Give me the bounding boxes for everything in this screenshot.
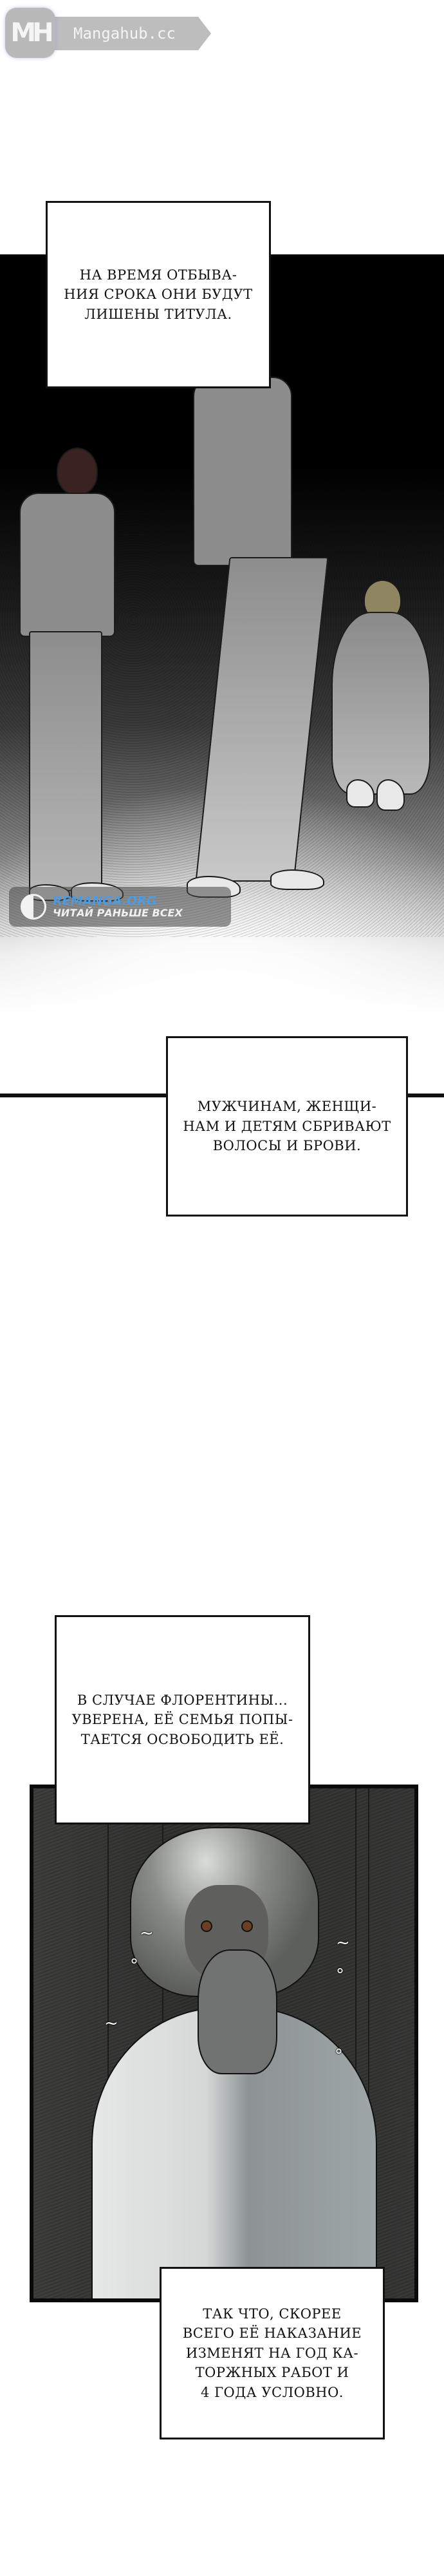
- shake-mark: ~: [104, 2014, 118, 2033]
- left-man-head: [57, 448, 98, 495]
- shake-mark: ~: [336, 1933, 350, 1953]
- girl-eye: [241, 1920, 253, 1932]
- left-man-torso: [19, 493, 115, 637]
- caption-box-3: В случае Флорентины... уверена, её семья…: [55, 1615, 310, 1824]
- mangahub-logo-icon: MH: [5, 8, 55, 58]
- caption-text-4: Так что, скорее всего её наказание измен…: [183, 2304, 362, 2402]
- crying-girl-panel: ~ ° ~ ° ~ °: [30, 1785, 418, 2302]
- girl-eye: [201, 1920, 212, 1932]
- caption-text-2: Мужчинам, женщи- нам и детям сбривают во…: [183, 1097, 391, 1155]
- caption-box-1: На время отбыва- ния срока они будут лиш…: [46, 201, 271, 388]
- remanga-title: REMANGA.ORG: [53, 895, 183, 908]
- girl-hands: [198, 1949, 277, 2074]
- child-body: [331, 612, 430, 795]
- tall-man-torso: [193, 377, 292, 566]
- caption-text-3: В случае Флорентины... уверена, её семья…: [71, 1690, 293, 1749]
- yin-yang-icon: [21, 894, 46, 920]
- shake-mark: °: [336, 1965, 344, 1985]
- caption-text-1: На время отбыва- ния срока они будут лиш…: [64, 265, 252, 324]
- shake-mark: °: [335, 2046, 343, 2065]
- mangahub-site-label: Mangahub.cc: [50, 17, 211, 50]
- remanga-watermark: REMANGA.ORG ЧИТАЙ РАНЬШЕ ВСЕХ: [9, 887, 231, 927]
- caption-box-4: Так что, скорее всего её наказание измен…: [160, 2267, 385, 2439]
- remanga-subtitle: ЧИТАЙ РАНЬШЕ ВСЕХ: [53, 908, 183, 919]
- caption-box-2: Мужчинам, женщи- нам и детям сбривают во…: [166, 1036, 408, 1217]
- left-man-legs: [29, 631, 102, 891]
- shake-mark: ~: [140, 1924, 154, 1943]
- shake-mark: °: [130, 1956, 138, 1975]
